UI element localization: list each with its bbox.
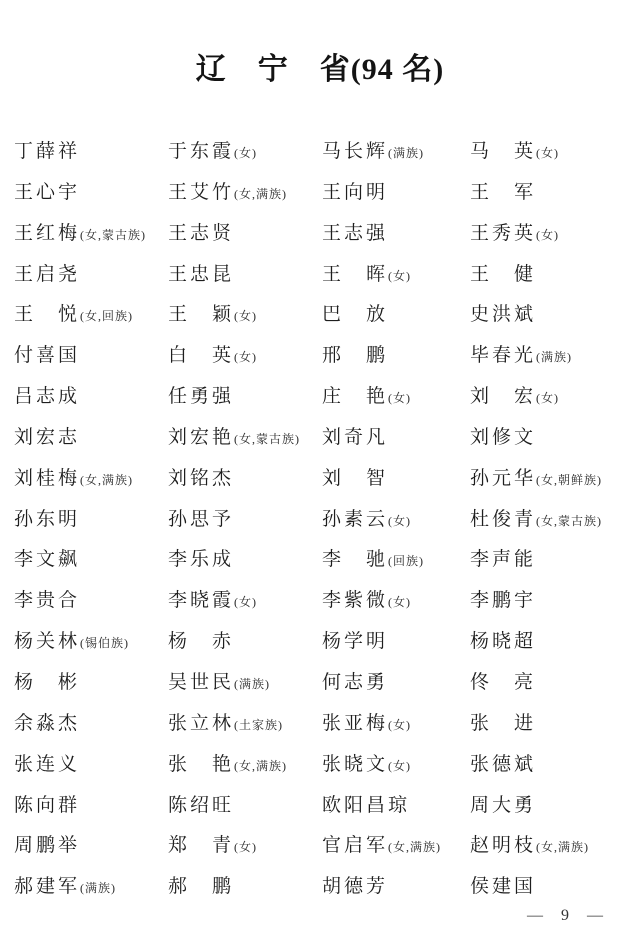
person-name: 佟 亮: [470, 663, 536, 704]
person-note: (女): [234, 337, 257, 378]
person-name: 李鹏宇: [470, 581, 536, 622]
roster-entry: 李鹏宇: [470, 581, 632, 622]
person-name: 张 艳: [168, 745, 234, 786]
roster-entry: 马 英(女): [470, 132, 632, 173]
person-name: 王 军: [470, 173, 536, 214]
person-name: 王 颖: [168, 295, 234, 336]
person-name: 孙素云: [322, 500, 388, 541]
roster-entry: 王向明: [322, 173, 470, 214]
person-name: 杨关林: [14, 622, 80, 663]
roster-entry: 刘奇凡: [322, 418, 470, 459]
roster-entry: 张连义: [14, 745, 168, 786]
person-name: 王志强: [322, 214, 388, 255]
person-note: (回族): [388, 541, 424, 582]
roster-entry: 李 驰(回族): [322, 540, 470, 581]
person-note: (女): [234, 582, 257, 623]
person-name: 王 晖: [322, 255, 388, 296]
person-note: (女): [388, 378, 411, 419]
roster-entry: 周大勇: [470, 786, 632, 827]
roster-entry: 张德斌: [470, 745, 632, 786]
roster-entry: 刘桂梅(女,满族): [14, 459, 168, 500]
roster-entry: 王红梅(女,蒙古族): [14, 214, 168, 255]
roster-entry: 王志强: [322, 214, 470, 255]
person-name: 张连义: [14, 745, 80, 786]
person-name: 吴世民: [168, 663, 234, 704]
person-note: (土家族): [234, 705, 283, 746]
roster-entry: 白 英(女): [168, 336, 322, 377]
roster-entry: 孙东明: [14, 500, 168, 541]
person-name: 杨晓超: [470, 622, 536, 663]
roster-entry: 王秀英(女): [470, 214, 632, 255]
person-note: (女): [536, 378, 559, 419]
roster-entry: 于东霞(女): [168, 132, 322, 173]
person-name: 官启军: [322, 826, 388, 867]
person-name: 王 健: [470, 255, 536, 296]
person-name: 李贵合: [14, 581, 80, 622]
roster-entry: 张亚梅(女): [322, 704, 470, 745]
roster-entry: 杨学明: [322, 622, 470, 663]
person-note: (女): [388, 582, 411, 623]
person-name: 陈绍旺: [168, 786, 234, 827]
person-name: 陈向群: [14, 786, 80, 827]
person-name: 张 进: [470, 704, 536, 745]
person-note: (满族): [536, 337, 572, 378]
person-note: (女,回族): [80, 296, 133, 337]
person-name: 马 英: [470, 132, 536, 173]
person-name: 王忠昆: [168, 255, 234, 296]
roster-entry: 王 健: [470, 255, 632, 296]
roster-entry: 郝建军(满族): [14, 867, 168, 908]
person-name: 刘宏艳: [168, 418, 234, 459]
person-note: (女,蒙古族): [536, 501, 602, 542]
person-name: 孙思予: [168, 500, 234, 541]
roster-entry: 孙元华(女,朝鲜族): [470, 459, 632, 500]
person-name: 欧阳昌琼: [322, 786, 410, 827]
person-name: 邢 鹏: [322, 336, 388, 377]
roster-entry: 王 悦(女,回族): [14, 295, 168, 336]
person-name: 孙东明: [14, 500, 80, 541]
person-name: 周鹏举: [14, 826, 80, 867]
roster-entry: 丁薛祥: [14, 132, 168, 173]
person-note: (女,蒙古族): [80, 215, 146, 256]
page-title: 辽 宁 省(94 名): [0, 50, 640, 90]
person-name: 王艾竹: [168, 173, 234, 214]
person-name: 张亚梅: [322, 704, 388, 745]
roster-entry: 付喜国: [14, 336, 168, 377]
person-name: 张立林: [168, 704, 234, 745]
roster-entry: 赵明枝(女,满族): [470, 826, 632, 867]
roster-entry: 杜俊青(女,蒙古族): [470, 500, 632, 541]
roster-entry: 郑 青(女): [168, 826, 322, 867]
roster-entry: 王启尧: [14, 255, 168, 296]
person-note: (女,满族): [388, 827, 441, 868]
person-name: 张德斌: [470, 745, 536, 786]
roster-entry: 欧阳昌琼: [322, 786, 470, 827]
person-name: 任勇强: [168, 377, 234, 418]
roster-entry: 刘修文: [470, 418, 632, 459]
roster-entry: 刘铭杰: [168, 459, 322, 500]
person-name: 余淼杰: [14, 704, 80, 745]
person-name: 杨 彬: [14, 663, 80, 704]
person-name: 李乐成: [168, 540, 234, 581]
person-name: 刘 智: [322, 459, 388, 500]
roster-entry: 余淼杰: [14, 704, 168, 745]
person-note: (女,满族): [536, 827, 589, 868]
roster-entry: 王志贤: [168, 214, 322, 255]
roster-entry: 毕春光(满族): [470, 336, 632, 377]
person-name: 何志勇: [322, 663, 388, 704]
roster-entry: 陈绍旺: [168, 786, 322, 827]
person-note: (女): [234, 296, 257, 337]
person-name: 刘宏志: [14, 418, 80, 459]
roster-entry: 马长辉(满族): [322, 132, 470, 173]
roster-entry: 侯建国: [470, 867, 632, 908]
person-name: 杜俊青: [470, 500, 536, 541]
roster-entry: 刘宏志: [14, 418, 168, 459]
roster-entry: 邢 鹏: [322, 336, 470, 377]
roster-entry: 任勇强: [168, 377, 322, 418]
person-note: (女): [388, 705, 411, 746]
roster-entry: 巴 放: [322, 295, 470, 336]
person-name: 李声能: [470, 540, 536, 581]
roster-entry: 李声能: [470, 540, 632, 581]
roster-entry: 张立林(土家族): [168, 704, 322, 745]
roster-entry: 王 军: [470, 173, 632, 214]
person-note: (女): [536, 215, 559, 256]
roster-entry: 周鹏举: [14, 826, 168, 867]
person-name: 杨 赤: [168, 622, 234, 663]
person-name: 王秀英: [470, 214, 536, 255]
roster-entry: 庄 艳(女): [322, 377, 470, 418]
person-name: 刘铭杰: [168, 459, 234, 500]
person-name: 赵明枝: [470, 826, 536, 867]
roster-entry: 李乐成: [168, 540, 322, 581]
roster-entry: 杨关林(锡伯族): [14, 622, 168, 663]
person-note: (满族): [80, 868, 116, 909]
document-page: 辽 宁 省(94 名) 丁薛祥于东霞(女)马长辉(满族)马 英(女)王心宇王艾竹…: [0, 0, 640, 947]
roster-entry: 杨 赤: [168, 622, 322, 663]
person-name: 王启尧: [14, 255, 80, 296]
person-name: 毕春光: [470, 336, 536, 377]
roster-entry: 杨晓超: [470, 622, 632, 663]
roster-entry: 王 晖(女): [322, 255, 470, 296]
person-note: (满族): [234, 664, 270, 705]
person-name: 于东霞: [168, 132, 234, 173]
page-number: — 9 —: [527, 907, 604, 925]
person-name: 刘 宏: [470, 377, 536, 418]
person-name: 刘桂梅: [14, 459, 80, 500]
person-name: 周大勇: [470, 786, 536, 827]
person-name: 吕志成: [14, 377, 80, 418]
person-name: 侯建国: [470, 867, 536, 908]
person-name: 王 悦: [14, 295, 80, 336]
person-note: (女): [234, 827, 257, 868]
roster-entry: 李晓霞(女): [168, 581, 322, 622]
person-name: 王向明: [322, 173, 388, 214]
roster-entry: 吴世民(满族): [168, 663, 322, 704]
person-name: 庄 艳: [322, 377, 388, 418]
person-note: (满族): [388, 133, 424, 174]
person-note: (锡伯族): [80, 623, 129, 664]
person-name: 郝 鹏: [168, 867, 234, 908]
person-name: 郑 青: [168, 826, 234, 867]
person-name: 马长辉: [322, 132, 388, 173]
person-note: (女): [388, 746, 411, 787]
person-note: (女): [536, 133, 559, 174]
person-note: (女): [388, 256, 411, 297]
roster-entry: 王忠昆: [168, 255, 322, 296]
person-name: 巴 放: [322, 295, 388, 336]
person-name: 孙元华: [470, 459, 536, 500]
person-name: 丁薛祥: [14, 132, 80, 173]
person-name: 王志贤: [168, 214, 234, 255]
person-note: (女,朝鲜族): [536, 460, 602, 501]
roster-entry: 王艾竹(女,满族): [168, 173, 322, 214]
roster-entry: 胡德芳: [322, 867, 470, 908]
roster-entry: 张晓文(女): [322, 745, 470, 786]
person-name: 史洪斌: [470, 295, 536, 336]
person-name: 刘奇凡: [322, 418, 388, 459]
roster-entry: 刘宏艳(女,蒙古族): [168, 418, 322, 459]
roster-entry: 吕志成: [14, 377, 168, 418]
roster-entry: 张 进: [470, 704, 632, 745]
roster-entry: 史洪斌: [470, 295, 632, 336]
person-name: 李文飙: [14, 540, 80, 581]
roster-entry: 王心宇: [14, 173, 168, 214]
person-name: 李晓霞: [168, 581, 234, 622]
person-name: 付喜国: [14, 336, 80, 377]
roster-entry: 郝 鹏: [168, 867, 322, 908]
roster-entry: 李紫微(女): [322, 581, 470, 622]
person-name: 王心宇: [14, 173, 80, 214]
roster-entry: 张 艳(女,满族): [168, 745, 322, 786]
roster-entry: 杨 彬: [14, 663, 168, 704]
roster-entry: 王 颖(女): [168, 295, 322, 336]
person-note: (女,满族): [234, 174, 287, 215]
person-note: (女,满族): [80, 460, 133, 501]
roster-entry: 李文飙: [14, 540, 168, 581]
person-name: 李 驰: [322, 540, 388, 581]
roster-entry: 孙素云(女): [322, 500, 470, 541]
roster-entry: 官启军(女,满族): [322, 826, 470, 867]
person-note: (女): [388, 501, 411, 542]
person-name: 白 英: [168, 336, 234, 377]
person-note: (女,蒙古族): [234, 419, 300, 460]
person-note: (女,满族): [234, 746, 287, 787]
person-note: (女): [234, 133, 257, 174]
roster-entry: 陈向群: [14, 786, 168, 827]
person-name: 张晓文: [322, 745, 388, 786]
roster-entry: 孙思予: [168, 500, 322, 541]
roster-entry: 佟 亮: [470, 663, 632, 704]
person-name: 刘修文: [470, 418, 536, 459]
person-name: 杨学明: [322, 622, 388, 663]
roster-entry: 刘 智: [322, 459, 470, 500]
roster-entry: 何志勇: [322, 663, 470, 704]
person-name: 郝建军: [14, 867, 80, 908]
roster-grid: 丁薛祥于东霞(女)马长辉(满族)马 英(女)王心宇王艾竹(女,满族)王向明王 军…: [0, 132, 640, 908]
person-name: 李紫微: [322, 581, 388, 622]
person-name: 胡德芳: [322, 867, 388, 908]
roster-entry: 刘 宏(女): [470, 377, 632, 418]
person-name: 王红梅: [14, 214, 80, 255]
roster-entry: 李贵合: [14, 581, 168, 622]
